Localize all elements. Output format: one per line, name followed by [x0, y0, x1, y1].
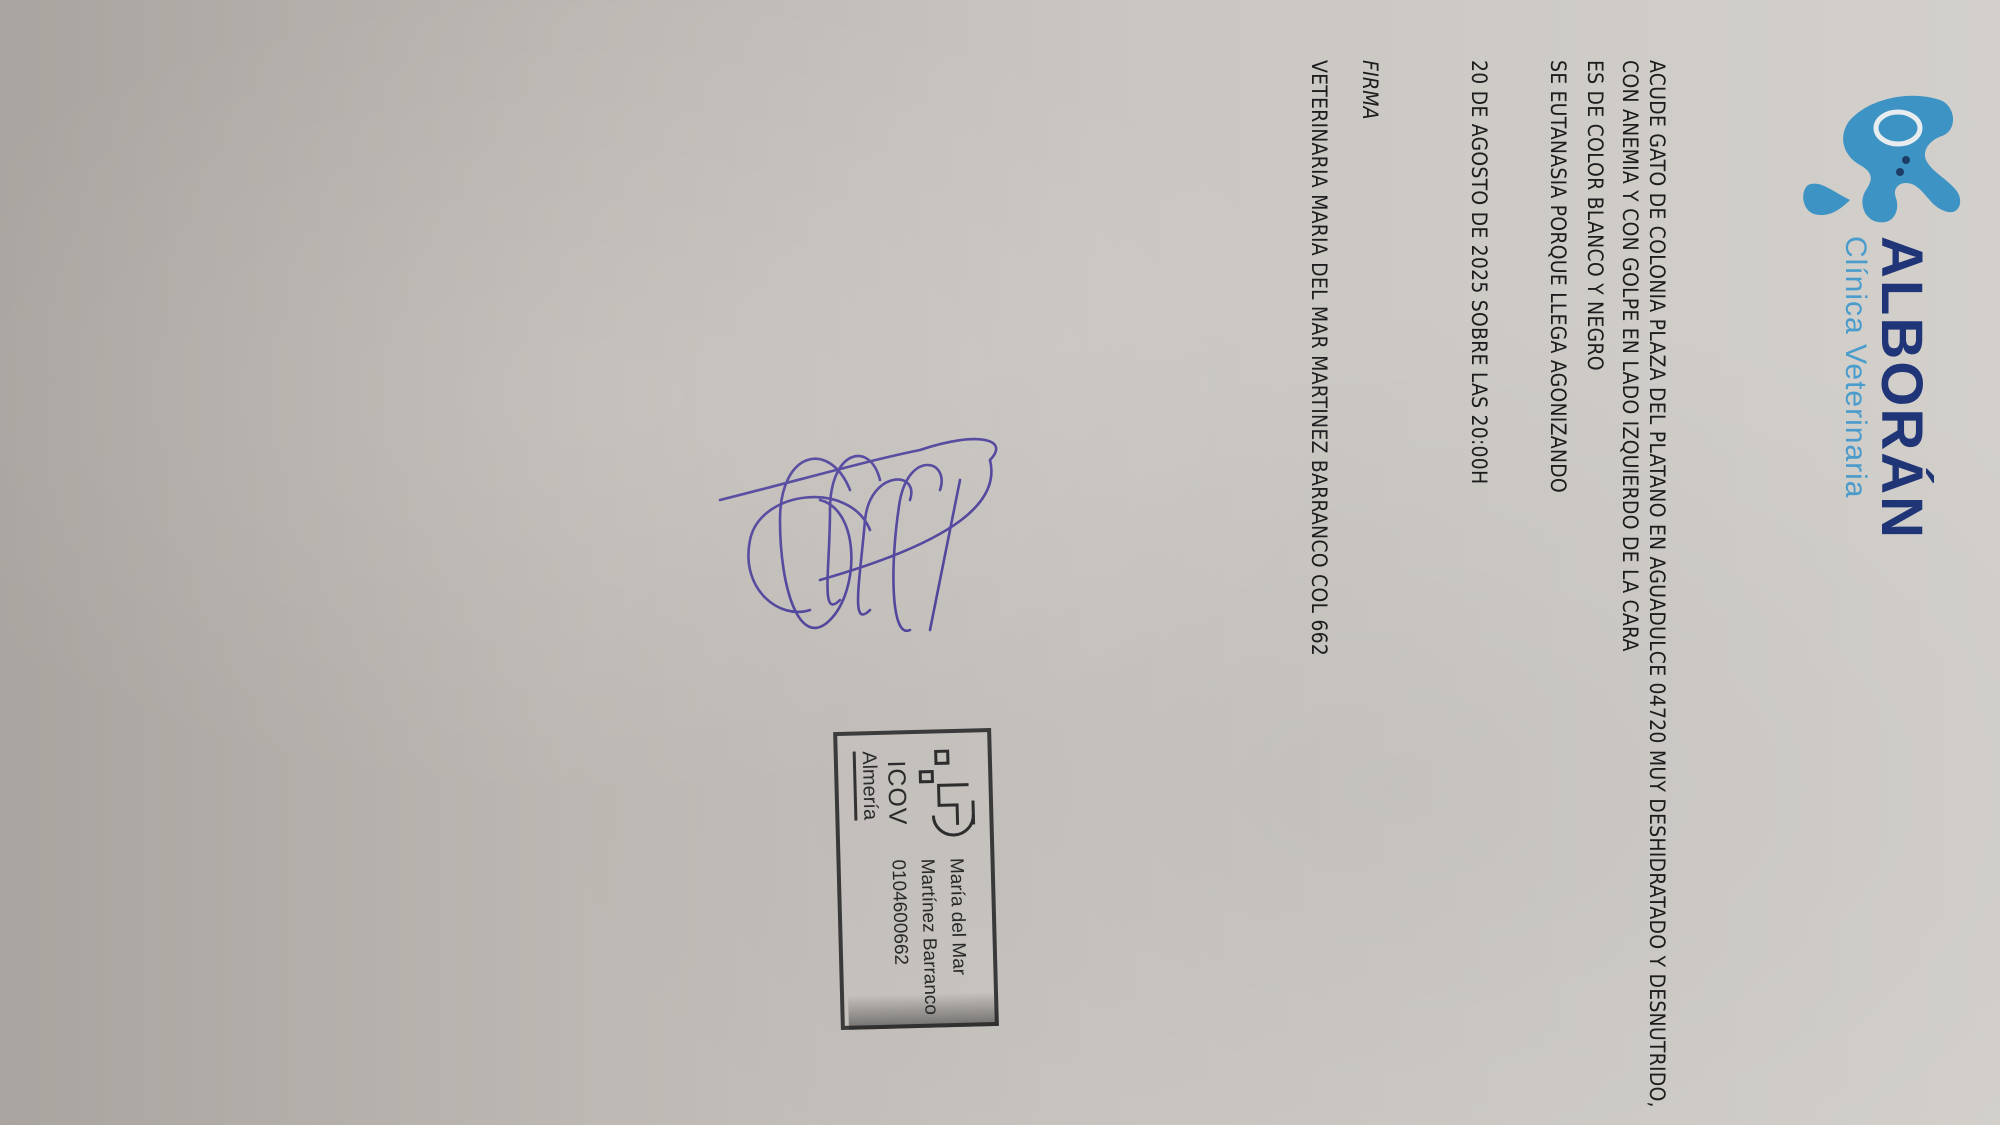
- clinic-name: ALBORÁN: [1873, 236, 1931, 540]
- report-line-euthanasia: SE EUTANASIA PORQUE LLEGA AGONIZANDO: [1544, 60, 1571, 1120]
- handwritten-signature: [700, 420, 1020, 680]
- dog-head-logo-icon: [1800, 80, 1970, 230]
- report-line-admission: ACUDE GATO DE COLONIA PLAZA DEL PLATANO …: [1616, 60, 1670, 1120]
- clinic-letterhead: ALBORÁN Clínica Veterinaria: [1800, 80, 1970, 540]
- stamp-emblem-block: ICOV Almería: [843, 740, 984, 844]
- report-line-color: ES DE COLOR BLANCO Y NEGRO: [1581, 60, 1608, 1120]
- veterinary-college-stamp: ICOV Almería María del Mar Martínez Barr…: [833, 728, 999, 1030]
- report-body: ACUDE GATO DE COLONIA PLAZA DEL PLATANO …: [1305, 60, 1670, 1120]
- stamp-organization: ICOV: [881, 760, 912, 826]
- clinic-subtitle: Clínica Veterinaria: [1840, 236, 1873, 540]
- report-line-date: 20 DE AGOSTO DE 2025 SOBRE LAS 20:00H: [1465, 60, 1492, 1120]
- signature-label: FIRMA: [1356, 60, 1383, 1120]
- document-page: ALBORÁN Clínica Veterinaria ACUDE GATO D…: [0, 0, 2000, 1125]
- stamp-ink-smudge: [848, 992, 999, 1030]
- stamp-city: Almería: [853, 751, 882, 821]
- veterinarian-line: VETERINARIA MARIA DEL MAR MARTINEZ BARRA…: [1305, 60, 1332, 1120]
- icov-emblem-icon: [908, 744, 980, 838]
